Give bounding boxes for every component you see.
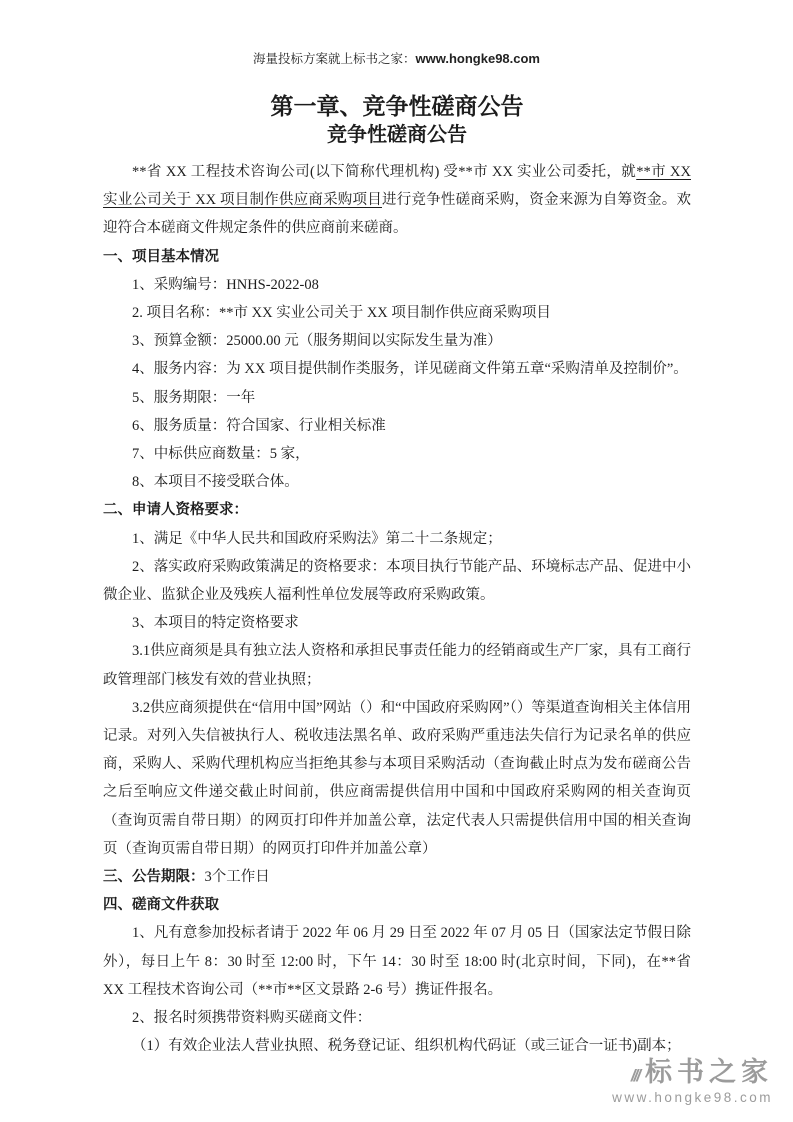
- watermark: /// 标书之家 www.hongke98.com: [612, 1058, 773, 1106]
- text-segment: 3、本项目的特定资格要求: [132, 615, 299, 631]
- item-service-term: 5、服务期限：一年: [103, 384, 691, 412]
- item-no-consortium: 8、本项目不接受联合体。: [103, 468, 691, 496]
- text-segment: 8、本项目不接受联合体。: [132, 474, 299, 490]
- item-qualification-1: 1、满足《中华人民共和国政府采购法》第二十二条规定；: [103, 525, 691, 553]
- text-segment: 5、服务期限：一年: [132, 390, 255, 406]
- item-qualification-2: 2、落实政府采购政策满足的资格要求：本项目执行节能产品、环境标志产品、促进中小微…: [103, 553, 691, 609]
- text-segment: 4、服务内容：为 XX 项目提供制作类服务，详见磋商文件第五章“采购清单及控制价…: [132, 361, 688, 377]
- text-segment: 2、落实政府采购政策满足的资格要求：本项目执行节能产品、环境标志产品、促进中小微…: [103, 559, 691, 603]
- item-obtain-docs-2: 2、报名时须携带资料购买磋商文件：: [103, 1004, 691, 1032]
- item-budget: 3、预算金额：25000.00 元（服务期间以实际发生量为准）: [103, 327, 691, 355]
- section-3-heading: 三、公告期限：3个工作日: [103, 863, 691, 891]
- item-service-quality: 6、服务质量：符合国家、行业相关标准: [103, 412, 691, 440]
- text-segment: 1、凡有意参加投标者请于 2022 年 06 月 29 日至 2022 年 07…: [103, 925, 691, 997]
- section-4-heading: 四、磋商文件获取: [103, 891, 691, 919]
- text-segment: 二、申请人资格要求：: [103, 502, 248, 518]
- text-segment: 一、项目基本情况: [103, 249, 219, 265]
- text-segment: 7、中标供应商数量：5 家，: [132, 446, 310, 462]
- text-segment: 2. 项目名称：**市 XX 实业公司关于 XX 项目制作供应商采购项目: [132, 305, 551, 321]
- item-qualification-3-2: 3.2供应商须提供在“信用中国”网站（）和“中国政府采购网”（）等渠道查询相关主…: [103, 694, 691, 863]
- text-segment: 三、公告期限：: [103, 869, 205, 885]
- intro-paragraph: **省 XX 工程技术咨询公司(以下简称代理机构) 受**市 XX 实业公司委托…: [103, 158, 691, 243]
- item-supplier-count: 7、中标供应商数量：5 家，: [103, 440, 691, 468]
- text-segment: 6、服务质量：符合国家、行业相关标准: [132, 418, 386, 434]
- text-segment: 3.1供应商须是具有独立法人资格和承担民事责任能力的经销商或生产厂家，具有工商行…: [103, 643, 691, 687]
- text-segment: （1）有效企业法人营业执照、税务登记证、组织机构代码证（或三证合一证书)副本；: [132, 1038, 681, 1054]
- item-purchase-number: 1、采购编号：HNHS-2022-08: [103, 271, 691, 299]
- announcement-subtitle: 竞争性磋商公告: [103, 122, 691, 149]
- item-obtain-docs-1: 1、凡有意参加投标者请于 2022 年 06 月 29 日至 2022 年 07…: [103, 919, 691, 1004]
- header-promo-text: 海量投标方案就上标书之家：: [253, 52, 416, 66]
- watermark-brand: 标书之家: [645, 1058, 773, 1088]
- text-segment: **省 XX 工程技术咨询公司(以下简称代理机构) 受**市 XX 实业公司委托…: [132, 164, 636, 180]
- text-segment: 1、采购编号：HNHS-2022-08: [132, 277, 319, 293]
- item-service-content: 4、服务内容：为 XX 项目提供制作类服务，详见磋商文件第五章“采购清单及控制价…: [103, 355, 691, 383]
- text-segment: 3、预算金额：25000.00 元（服务期间以实际发生量为准）: [132, 333, 502, 349]
- slashes-logo-icon: ///: [631, 1067, 639, 1086]
- watermark-site-url: www.hongke98.com: [612, 1091, 773, 1106]
- header-site-url: www.hongke98.com: [416, 51, 541, 66]
- item-qualification-3-1: 3.1供应商须是具有独立法人资格和承担民事责任能力的经销商或生产厂家，具有工商行…: [103, 637, 691, 693]
- text-segment: 3个工作日: [205, 869, 270, 885]
- item-qualification-3: 3、本项目的特定资格要求: [103, 609, 691, 637]
- document-body: **省 XX 工程技术咨询公司(以下简称代理机构) 受**市 XX 实业公司委托…: [103, 158, 691, 1061]
- text-segment: 1、满足《中华人民共和国政府采购法》第二十二条规定；: [132, 531, 502, 547]
- chapter-title: 第一章、竞争性磋商公告: [103, 92, 691, 122]
- text-segment: 3.2供应商须提供在“信用中国”网站（）和“中国政府采购网”（）等渠道查询相关主…: [103, 700, 691, 857]
- text-segment: 2、报名时须携带资料购买磋商文件：: [132, 1010, 371, 1026]
- item-obtain-docs-2-1: （1）有效企业法人营业执照、税务登记证、组织机构代码证（或三证合一证书)副本；: [103, 1032, 691, 1060]
- document-page: 第一章、竞争性磋商公告 竞争性磋商公告 **省 XX 工程技术咨询公司(以下简称…: [103, 92, 691, 1061]
- section-1-heading: 一、项目基本情况: [103, 243, 691, 271]
- section-2-heading: 二、申请人资格要求：: [103, 496, 691, 524]
- item-project-name: 2. 项目名称：**市 XX 实业公司关于 XX 项目制作供应商采购项目: [103, 299, 691, 327]
- page-header: 海量投标方案就上标书之家：www.hongke98.com: [0, 49, 793, 67]
- text-segment: 四、磋商文件获取: [103, 897, 219, 913]
